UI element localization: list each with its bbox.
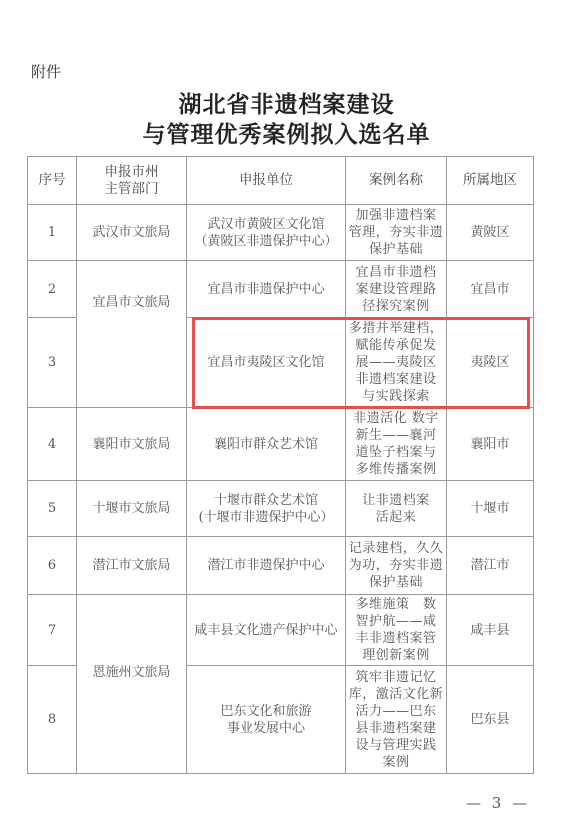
header-region: 所属地区	[447, 157, 534, 205]
cell-case: 记录建档，久久 为功，夯实非遗 保护基础	[346, 537, 447, 595]
table-row: 5 十堰市文旅局 十堰市群众艺术馆 (十堰市非遗保护中心） 让非遗档案 活起来 …	[28, 481, 534, 537]
cell-index: 5	[28, 481, 77, 537]
cell-dept: 恩施州文旅局	[77, 595, 187, 774]
cell-region: 潜江市	[447, 537, 534, 595]
cell-region: 十堰市	[447, 481, 534, 537]
cell-region: 宜昌市	[447, 261, 534, 318]
cell-dept-text: 恩施州文旅局	[79, 664, 184, 681]
table-row: 4 襄阳市文旅局 襄阳市群众艺术馆 非遗活化 数字 新生——襄河 道坠子档案与 …	[28, 408, 534, 481]
cell-region: 襄阳市	[447, 408, 534, 481]
cell-case: 筑牢非遗记忆 库，激活文化新 活力——巴东 县非遗档案建 设与管理实践 案例	[346, 666, 447, 774]
document-title-line1: 湖北省非遗档案建设	[0, 86, 573, 119]
cell-region: 黄陂区	[447, 205, 534, 261]
header-case: 案例名称	[346, 157, 447, 205]
cell-index: 7	[28, 595, 77, 666]
cell-dept: 潜江市文旅局	[77, 537, 187, 595]
cell-unit: 潜江市非遗保护中心	[187, 537, 346, 595]
cell-index: 3	[28, 318, 77, 408]
cell-index: 6	[28, 537, 77, 595]
cell-unit: 巴东文化和旅游 事业发展中心	[187, 666, 346, 774]
table-row: 1 武汉市文旅局 武汉市黄陂区文化馆 （黄陂区非遗保护中心） 加强非遗档案 管理…	[28, 205, 534, 261]
cell-case: 宜昌市非遗档 案建设管理路 径探究案例	[346, 261, 447, 318]
candidate-list-table: 序号 申报市州 主管部门 申报单位 案例名称 所属地区 1 武汉市文旅局 武汉市…	[27, 156, 534, 774]
cell-region: 咸丰县	[447, 595, 534, 666]
cell-index: 2	[28, 261, 77, 318]
cell-case: 多措并举建档， 赋能传承促发 展——夷陵区 非遗档案建设 与实践探索	[346, 318, 447, 408]
cell-unit: 襄阳市群众艺术馆	[187, 408, 346, 481]
cell-dept: 宜昌市文旅局	[77, 261, 187, 408]
cell-dept: 武汉市文旅局	[77, 205, 187, 261]
cell-dept: 襄阳市文旅局	[77, 408, 187, 481]
cell-index: 4	[28, 408, 77, 481]
cell-case: 多维施策 数 智护航——咸 丰非遗档案管 理创新案例	[346, 595, 447, 666]
cell-unit: 咸丰县文化遗产保护中心	[187, 595, 346, 666]
cell-index: 8	[28, 666, 77, 774]
header-unit: 申报单位	[187, 157, 346, 205]
cell-unit: 武汉市黄陂区文化馆 （黄陂区非遗保护中心）	[187, 205, 346, 261]
cell-region: 巴东县	[447, 666, 534, 774]
cell-region: 夷陵区	[447, 318, 534, 408]
cell-case: 加强非遗档案 管理，夯实非遗 保护基础	[346, 205, 447, 261]
header-index: 序号	[28, 157, 77, 205]
cell-dept: 十堰市文旅局	[77, 481, 187, 537]
cell-case: 让非遗档案 活起来	[346, 481, 447, 537]
table-row: 6 潜江市文旅局 潜江市非遗保护中心 记录建档，久久 为功，夯实非遗 保护基础 …	[28, 537, 534, 595]
table-header-row: 序号 申报市州 主管部门 申报单位 案例名称 所属地区	[28, 157, 534, 205]
cell-unit: 宜昌市夷陵区文化馆	[187, 318, 346, 408]
attachment-label: 附件	[31, 61, 61, 82]
page-number: — 3 —	[466, 794, 530, 812]
cell-index: 1	[28, 205, 77, 261]
header-dept: 申报市州 主管部门	[77, 157, 187, 205]
table-row: 2 宜昌市文旅局 宜昌市非遗保护中心 宜昌市非遗档 案建设管理路 径探究案例 宜…	[28, 261, 534, 318]
cell-dept-text: 宜昌市文旅局	[79, 294, 184, 311]
cell-unit: 十堰市群众艺术馆 (十堰市非遗保护中心）	[187, 481, 346, 537]
table-row: 7 恩施州文旅局 咸丰县文化遗产保护中心 多维施策 数 智护航——咸 丰非遗档案…	[28, 595, 534, 666]
cell-unit: 宜昌市非遗保护中心	[187, 261, 346, 318]
cell-case: 非遗活化 数字 新生——襄河 道坠子档案与 多维传播案例	[346, 408, 447, 481]
document-title-line2: 与管理优秀案例拟入选名单	[0, 116, 573, 149]
